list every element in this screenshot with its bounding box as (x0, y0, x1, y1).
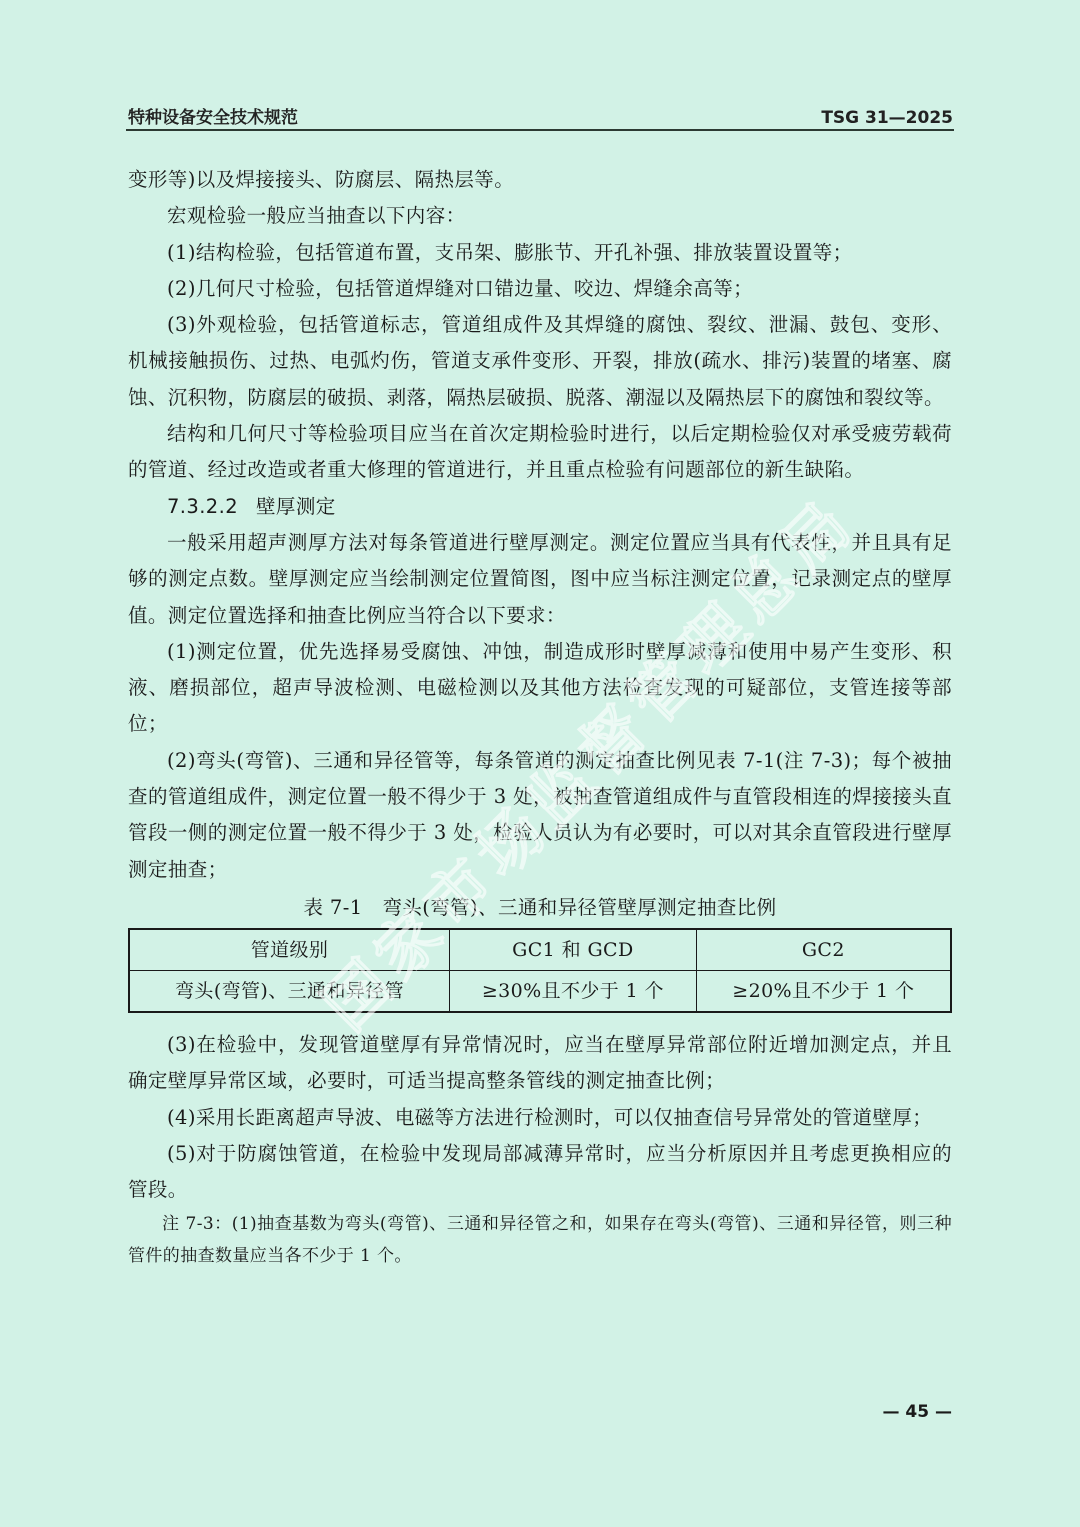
list-item-structure-inspection: (1)结构检验，包括管道布置，支吊架、膨胀节、开孔补强、排放装置设置等； (128, 235, 952, 271)
list-item-visual-inspection: (3)外观检验，包括管道标志，管道组成件及其焊缝的腐蚀、裂纹、泄漏、鼓包、变形、… (128, 307, 952, 416)
header-standard-code: TSG 31—2025 (821, 108, 953, 128)
sampling-ratio-table: 管道级别 GC1 和 GCD GC2 弯头(弯管)、三通和异径管 ≥30%且不少… (128, 928, 952, 1013)
header-document-series: 特种设备安全技术规范 (128, 103, 298, 128)
paragraph-thickness-intro: 一般采用超声测厚方法对每条管道进行壁厚测定。测定位置应当具有代表性，并且具有足够… (128, 525, 952, 634)
header-divider (126, 129, 954, 131)
paragraph-macro-inspection-intro: 宏观检验一般应当抽查以下内容： (128, 198, 952, 234)
list-item-geometry-inspection: (2)几何尺寸检验，包括管道焊缝对口错边量、咬边、焊缝余高等； (128, 271, 952, 307)
after-table-section: (3)在检验中，发现管道壁厚有异常情况时，应当在壁厚异常部位附近增加测定点，并且… (128, 1027, 952, 1208)
table-cell: 弯头(弯管)、三通和异径管 (129, 970, 450, 1012)
running-header: 特种设备安全技术规范 TSG 31—2025 (128, 104, 953, 128)
list-item-abnormal-thickness: (3)在检验中，发现管道壁厚有异常情况时，应当在壁厚异常部位附近增加测定点，并且… (128, 1027, 952, 1100)
table-header-cell: GC2 (696, 929, 951, 971)
table-row: 弯头(弯管)、三通和异径管 ≥30%且不少于 1 个 ≥20%且不少于 1 个 (129, 970, 951, 1012)
section-number: 7.3.2.2 (167, 495, 238, 518)
table-header-cell: 管道级别 (129, 929, 450, 971)
list-item-anticorrosion-pipe: (5)对于防腐蚀管道，在检验中发现局部减薄异常时，应当分析原因并且考虑更换相应的… (128, 1136, 952, 1209)
list-item-fittings-sampling: (2)弯头(弯管)、三通和异径管等，每条管道的测定抽查比例见表 7-1(注 7-… (128, 743, 952, 888)
table-header-row: 管道级别 GC1 和 GCD GC2 (129, 929, 951, 971)
table-cell: ≥30%且不少于 1 个 (450, 970, 697, 1012)
page-number: — 45 — (883, 1402, 953, 1422)
paragraph-continuation: 变形等)以及焊接接头、防腐层、隔热层等。 (128, 162, 952, 198)
footnote-7-3: 注 7-3：(1)抽查基数为弯头(弯管)、三通和异径管之和，如果存在弯头(弯管)… (128, 1208, 952, 1272)
page-body: 变形等)以及焊接接头、防腐层、隔热层等。 宏观检验一般应当抽查以下内容： (1)… (128, 162, 952, 1272)
table-cell: ≥20%且不少于 1 个 (696, 970, 951, 1012)
list-item-guided-wave: (4)采用长距离超声导波、电磁等方法进行检测时，可以仅抽查信号异常处的管道壁厚； (128, 1100, 952, 1136)
table-header-cell: GC1 和 GCD (450, 929, 697, 971)
section-title: 壁厚测定 (256, 495, 336, 518)
table-caption: 表 7-1 弯头(弯管)、三通和异径管壁厚测定抽查比例 (128, 890, 952, 926)
paragraph-inspection-timing: 结构和几何尺寸等检验项目应当在首次定期检验时进行，以后定期检验仅对承受疲劳载荷的… (128, 416, 952, 489)
list-item-measurement-location: (1)测定位置，优先选择易受腐蚀、冲蚀，制造成形时壁厚减薄和使用中易产生变形、积… (128, 634, 952, 743)
section-heading: 7.3.2.2壁厚测定 (128, 489, 952, 525)
